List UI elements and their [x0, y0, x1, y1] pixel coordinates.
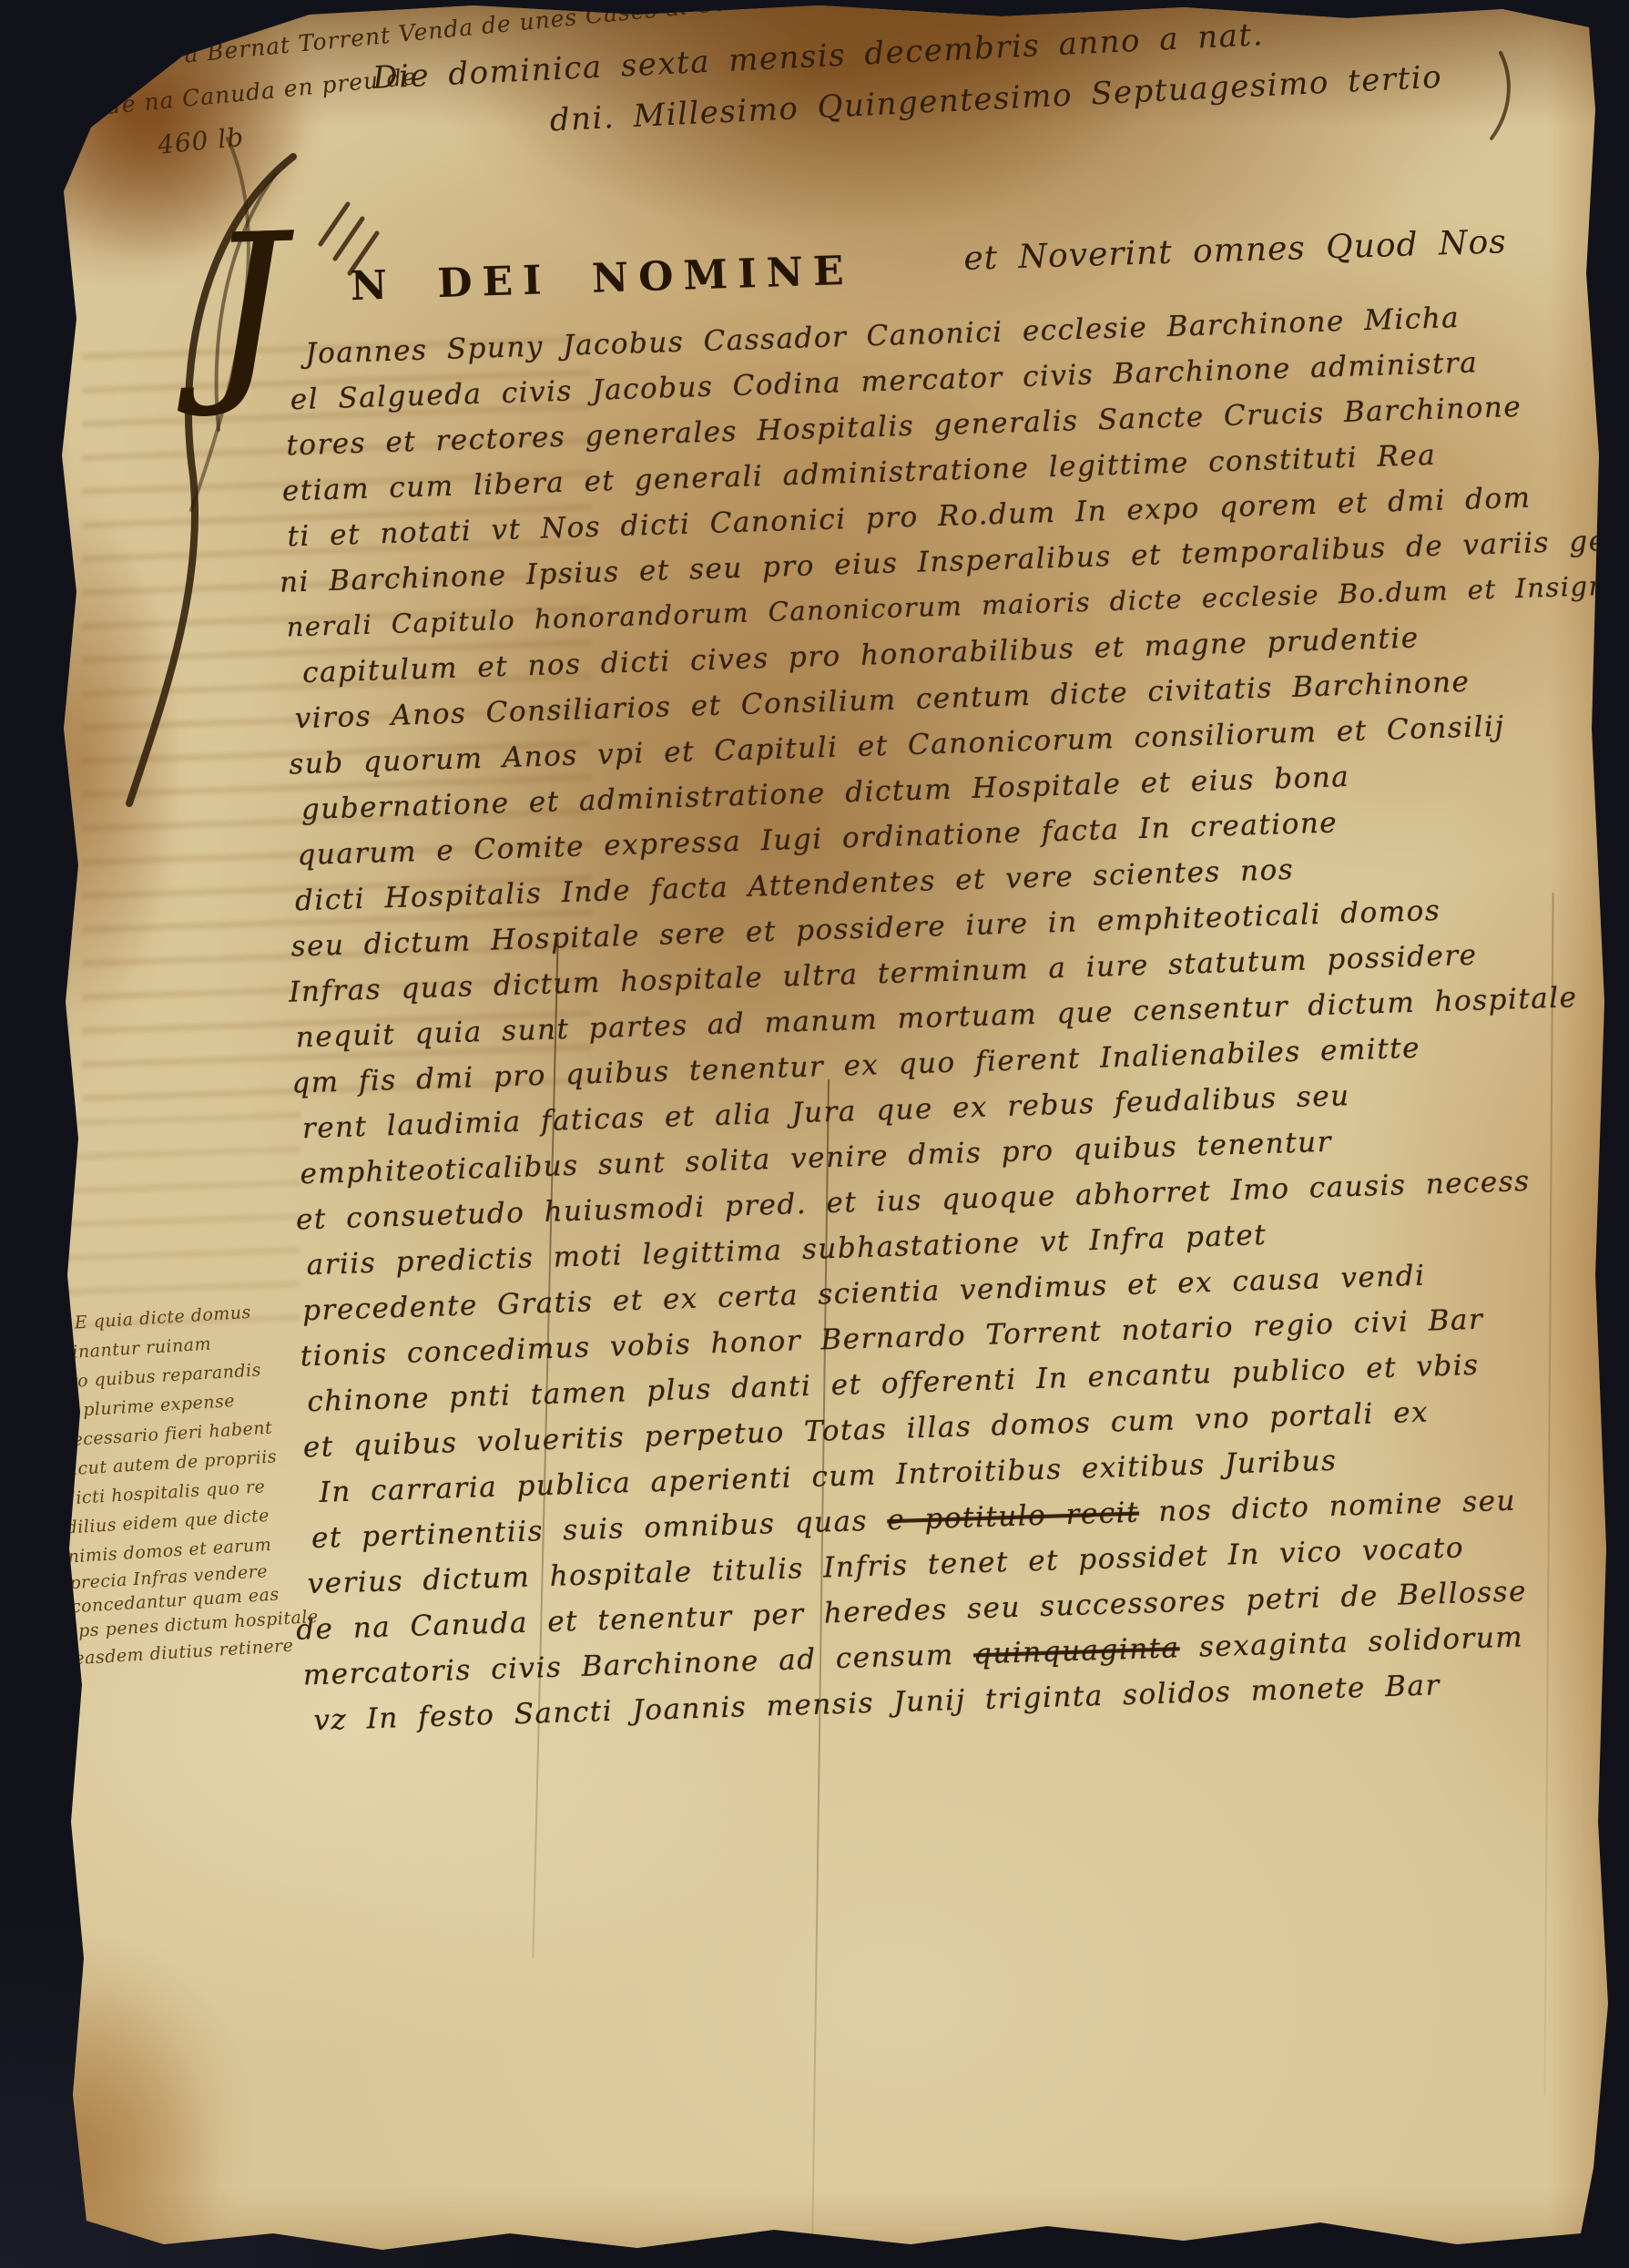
- struck-text: quinquaginta: [972, 1631, 1180, 1670]
- struck-text: e potitulo recit: [887, 1497, 1140, 1538]
- stain-left-edge: [36, 510, 182, 1020]
- margin-note: # E quia dicte domus minantur ruinam pro…: [53, 1294, 330, 1673]
- photograph-background: Hospl. a Bernat Torrent Venda de unes Ca…: [0, 0, 1629, 2268]
- crease-line: [1543, 893, 1553, 2095]
- decorated-initial: J: [204, 207, 289, 405]
- manuscript-page: Hospl. a Bernat Torrent Venda de unes Ca…: [0, 0, 1629, 2268]
- main-text-block: J N DEI NOMINE et Noverint omnes Quod No…: [266, 222, 1523, 1750]
- stain-bottom-left-corner: [36, 1986, 219, 2259]
- invocation-capitals: N DEI NOMINE: [350, 248, 854, 310]
- invocation-script: et Noverint omnes Quod Nos: [963, 223, 1508, 278]
